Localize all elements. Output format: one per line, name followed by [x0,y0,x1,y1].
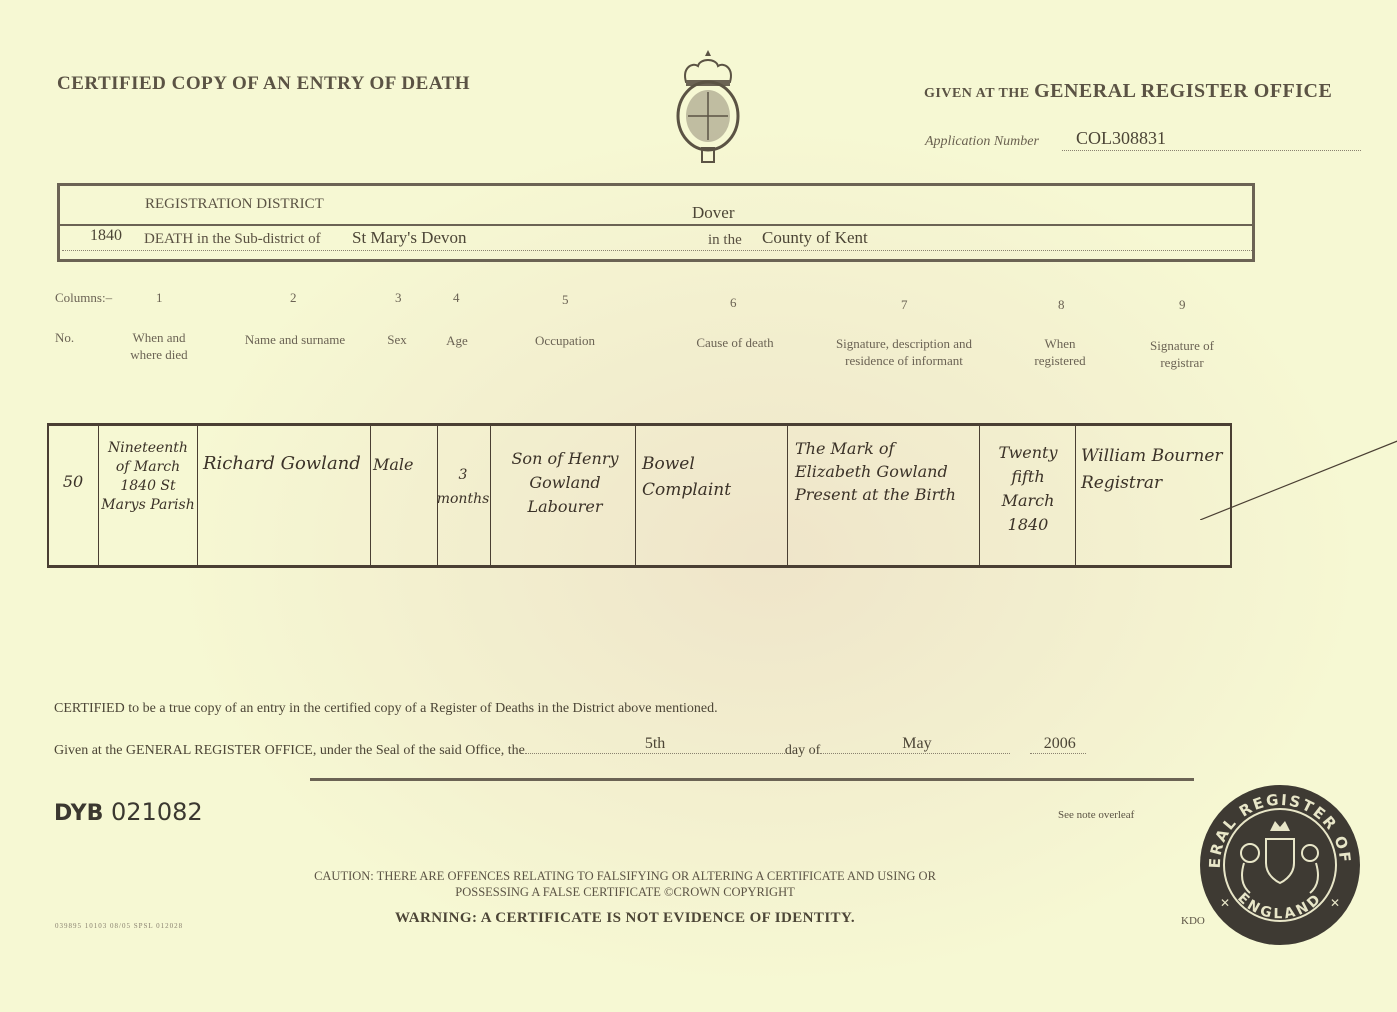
svg-text:✕: ✕ [1330,896,1340,910]
registration-district-value: Dover [692,203,734,223]
column-number-9: 9 [1179,297,1186,313]
column-number-8: 8 [1058,297,1065,313]
registration-district-label: REGISTRATION DISTRICT [145,196,324,213]
registration-year: 1840 [90,227,122,245]
in-the-label: in the [708,232,742,249]
print-code: 039895 10103 08/05 SPSL 012028 [55,922,183,930]
column-header-cause: Cause of death [680,334,790,351]
serial-prefix: DYB [54,801,103,826]
column-header-registrar: Signature of registrar [1140,337,1224,371]
cancellation-stroke [1200,440,1397,520]
column-header-name: Name and surname [230,331,360,348]
entry-no: 50 [49,471,97,492]
issuing-office-heading: GIVEN AT THE GENERAL REGISTER OFFICE [924,80,1332,103]
columns-label: Columns:– [55,290,112,306]
column-header-sex: Sex [382,331,412,348]
column-number-2: 2 [290,290,297,306]
royal-coat-of-arms-icon [672,48,744,166]
entry-name: Richard Gowland [203,451,363,477]
subdistrict-value: St Mary's Devon [352,228,467,248]
column-number-7: 7 [901,297,908,313]
svg-text:✕: ✕ [1220,896,1230,910]
county-value: County of Kent [762,228,868,248]
certificate-title: CERTIFIED COPY OF AN ENTRY OF DEATH [57,73,470,95]
certified-year: 2006 [1044,735,1076,753]
death-in-subdistrict-label: DEATH in the Sub-district of [144,231,321,248]
column-number-3: 3 [395,290,402,306]
column-number-6: 6 [730,295,737,311]
certification-statement: CERTIFIED to be a true copy of an entry … [54,701,718,717]
certified-day: 5th [645,735,665,753]
entry-when-registered: Twenty fifth March 1840 [983,441,1073,537]
column-header-when-where: When and where died [120,329,198,363]
certified-month: May [902,735,931,753]
column-header-informant: Signature, description and residence of … [820,335,988,369]
subdistrict-row: 1840 DEATH in the Sub-district of St Mar… [62,228,1252,251]
application-number-label: Application Number [925,134,1039,150]
column-number-5: 5 [562,292,569,308]
entry-age: 3 months [433,463,493,511]
given-at-line: Given at the GENERAL REGISTER OFFICE, un… [54,739,1086,759]
column-number-1: 1 [156,290,163,306]
warning-text: WARNING: A CERTIFICATE IS NOT EVIDENCE O… [300,910,950,927]
column-number-4: 4 [453,290,460,306]
death-entry-row: 50 Nineteenth of March 1840 St Marys Par… [47,423,1232,568]
see-note-overleaf: See note overleaf [1058,809,1134,821]
entry-when-where-died: Nineteenth of March 1840 St Marys Parish [101,439,195,515]
column-header-no: No. [55,329,74,346]
general-register-office-seal-icon: GENERAL REGISTER OFFICE ENGLAND ✕ ✕ [1198,783,1362,947]
serial-number: 021082 [111,798,203,826]
application-number-value: COL308831 [1062,128,1361,151]
column-header-when-registered: When registered [1025,335,1095,369]
caution-text: CAUTION: THERE ARE OFFENCES RELATING TO … [300,868,950,900]
entry-occupation: Son of Henry Gowland Labourer [499,447,631,519]
certificate-serial: DYB 021082 [54,798,203,826]
registration-district-box: REGISTRATION DISTRICT Dover 1840 DEATH i… [57,183,1255,262]
column-header-age: Age [440,332,474,349]
death-certificate: CERTIFIED COPY OF AN ENTRY OF DEATH GIVE… [0,0,1397,1012]
given-at-text: Given at the GENERAL REGISTER OFFICE, un… [54,743,525,758]
day-of-label: day of [785,743,820,758]
entry-sex: Male [371,454,437,475]
horizontal-rule [310,778,1194,781]
column-header-occupation: Occupation [520,332,610,349]
entry-informant: The Mark of Elizabeth Gowland Present at… [795,437,975,506]
entry-cause-of-death: Bowel Complaint [642,451,782,503]
